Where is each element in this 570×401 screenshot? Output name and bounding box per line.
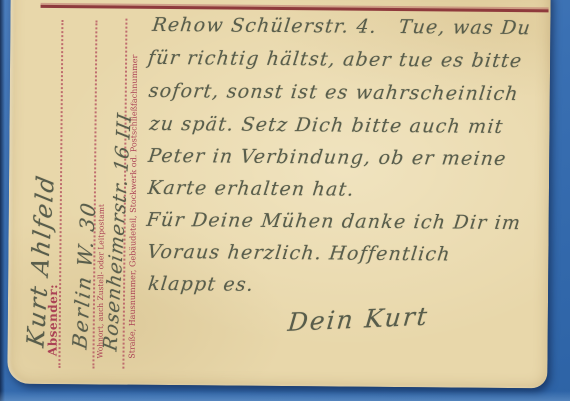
- top-rule: [41, 5, 549, 12]
- message-line: Rehow Schülerstr. 4. Tue, was Du: [151, 14, 532, 39]
- scan-bottom-highlight: [0, 391, 570, 401]
- message-line: Peter in Verbindung, ob er meine: [147, 145, 508, 170]
- message-line: Karte erhalten hat.: [147, 177, 356, 201]
- signature: Dein Kurt: [287, 302, 431, 337]
- message-line: Für Deine Mühen danke ich Dir im: [145, 209, 522, 234]
- message-line: Voraus herzlich. Hoffentlich: [146, 241, 452, 266]
- message-line: zu spät. Setz Dich bitte auch mit: [148, 113, 505, 138]
- postcard: Absender: Wohnort, auch Zustell- oder Le…: [7, 0, 550, 388]
- message-line: klappt es.: [147, 273, 255, 296]
- message-line: für richtig hältst, aber tue es bitte: [147, 47, 524, 72]
- message-line: sofort, sonst ist es wahrscheinlich: [148, 80, 520, 105]
- scan-edge-shadow: [0, 0, 5, 401]
